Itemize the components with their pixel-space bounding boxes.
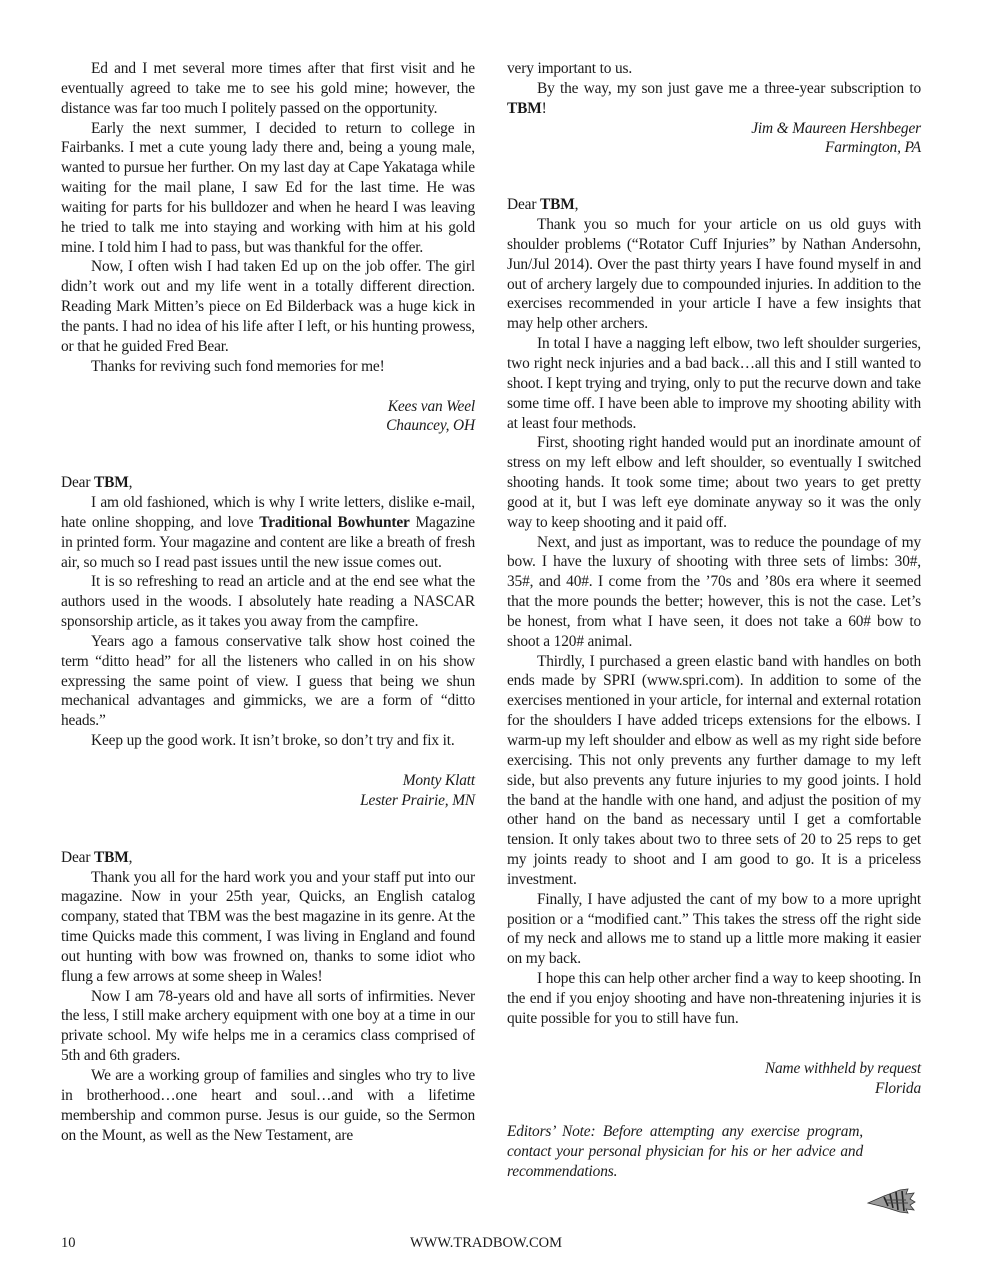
signature-name: Kees van Weel	[61, 397, 475, 417]
salutation-suffix: ,	[129, 849, 133, 866]
paragraph: We are a working group of families and s…	[61, 1066, 475, 1145]
paragraph: It is so refreshing to read an article a…	[61, 572, 475, 632]
website-url: WWW.TRADBOW.COM	[410, 1235, 562, 1252]
salutation-suffix: ,	[575, 196, 579, 213]
salutation: Dear TBM,	[61, 848, 475, 868]
paragraph: Thank you all for the hard work you and …	[61, 868, 475, 987]
salutation-recipient: TBM	[94, 474, 129, 491]
paragraph: Keep up the good work. It isn’t broke, s…	[61, 731, 475, 751]
paragraph: Thank you so much for your article on us…	[507, 215, 921, 334]
text-run: By the way, my son just gave me a three-…	[537, 80, 921, 97]
signature-location: Farmington, PA	[507, 138, 921, 158]
paragraph: Now, I often wish I had taken Ed up on t…	[61, 257, 475, 356]
salutation-recipient: TBM	[94, 849, 129, 866]
signature-name: Name withheld by request	[507, 1059, 921, 1079]
paragraph-continued: very important to us.	[507, 59, 921, 79]
paragraph: Thanks for reviving such fond memories f…	[61, 357, 475, 377]
paragraph: I am old fashioned, which is why I write…	[61, 493, 475, 572]
salutation: Dear TBM,	[507, 195, 921, 215]
paragraph: Next, and just as important, was to redu…	[507, 533, 921, 652]
salutation-prefix: Dear	[61, 474, 94, 491]
magazine-name: Traditional Bowhunter	[259, 514, 409, 531]
paragraph: Now I am 78-years old and have all sorts…	[61, 987, 475, 1066]
signature-name: Jim & Maureen Hershbeger	[507, 119, 921, 139]
salutation-suffix: ,	[129, 474, 133, 491]
page-number: 10	[61, 1235, 76, 1252]
arrowhead-icon	[866, 1188, 916, 1214]
paragraph: Finally, I have adjusted the cant of my …	[507, 890, 921, 969]
salutation-prefix: Dear	[61, 849, 94, 866]
paragraph: Early the next summer, I decided to retu…	[61, 119, 475, 258]
signature-location: Florida	[507, 1079, 921, 1099]
paragraph: Ed and I met several more times after th…	[61, 59, 475, 119]
paragraph: In total I have a nagging left elbow, tw…	[507, 334, 921, 433]
editors-note: Editors’ Note: Before attempting any exe…	[507, 1122, 921, 1182]
left-column: Ed and I met several more times after th…	[61, 59, 475, 1145]
magazine-abbrev: TBM	[507, 100, 542, 117]
paragraph: I hope this can help other archer find a…	[507, 969, 921, 1029]
salutation-prefix: Dear	[507, 196, 540, 213]
salutation: Dear TBM,	[61, 473, 475, 493]
paragraph: Years ago a famous conservative talk sho…	[61, 632, 475, 731]
text-run: !	[542, 100, 547, 117]
signature-location: Chauncey, OH	[61, 416, 475, 436]
signature-name: Monty Klatt	[61, 771, 475, 791]
paragraph: Thirdly, I purchased a green elastic ban…	[507, 652, 921, 890]
salutation-recipient: TBM	[540, 196, 575, 213]
signature-location: Lester Prairie, MN	[61, 791, 475, 811]
paragraph: First, shooting right handed would put a…	[507, 433, 921, 532]
right-column: very important to us. By the way, my son…	[507, 59, 921, 1182]
paragraph: By the way, my son just gave me a three-…	[507, 79, 921, 119]
